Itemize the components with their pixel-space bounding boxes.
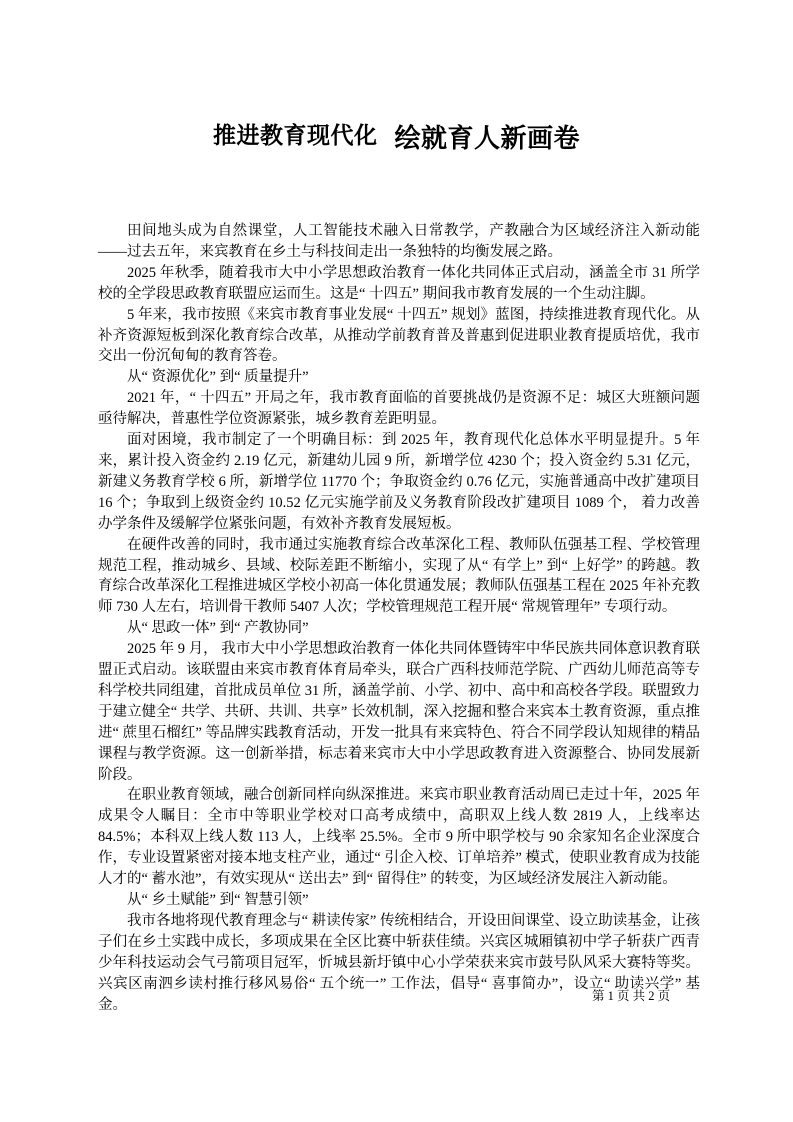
section-heading-ideology-industry: 从“ 思政一体” 到“ 产教协同” bbox=[98, 618, 700, 639]
body-paragraph-3: 5 年来，我市按照《来宾市教育事业发展“ 十四五” 规划》蓝图，持续推进教育现代… bbox=[98, 305, 700, 368]
body-paragraph-7: 2025 年 9 月， 我市大中小学思想政治教育一体化共同体暨铸牢中华民族共同体… bbox=[98, 639, 700, 785]
document-title-part-2: 绘就育人新画卷 bbox=[394, 123, 580, 153]
body-paragraph-6: 在硬件改善的同时，我市通过实施教育综合改革深化工程、教师队伍强基工程、学校管理规… bbox=[98, 535, 700, 619]
body-paragraph-4: 2021 年，“ 十四五” 开局之年，我市教育面临的首要挑战仍是资源不足：城区大… bbox=[98, 388, 700, 430]
body-paragraph-8: 在职业教育领域，融合创新同样向纵深推进。来宾市职业教育活动周已走过十年，2025… bbox=[98, 785, 700, 890]
document-body: 田间地头成为自然课堂，人工智能技术融入日常教学，产教融合为区域经济注入新动能——… bbox=[98, 221, 700, 1015]
page-number-footer: 第 1 页 共 2 页 bbox=[592, 986, 670, 1004]
document-page: 推进教育现代化绘就育人新画卷 田间地头成为自然课堂，人工智能技术融入日常教学，产… bbox=[0, 0, 793, 1122]
section-heading-rural-smart: 从“ 乡土赋能” 到“ 智慧引领” bbox=[98, 890, 700, 911]
document-title-part-1: 推进教育现代化 bbox=[213, 122, 378, 148]
body-paragraph-1: 田间地头成为自然课堂，人工智能技术融入日常教学，产教融合为区域经济注入新动能——… bbox=[98, 221, 700, 263]
section-heading-resource-quality: 从“ 资源优化” 到“ 质量提升” bbox=[98, 367, 700, 388]
document-title: 推进教育现代化绘就育人新画卷 bbox=[0, 114, 793, 151]
body-paragraph-5: 面对困境，我市制定了一个明确目标：到 2025 年，教育现代化总体水平明显提升。… bbox=[98, 430, 700, 535]
body-paragraph-2: 2025 年秋季，随着我市大中小学思想政治教育一体化共同体正式启动，涵盖全市 3… bbox=[98, 263, 700, 305]
